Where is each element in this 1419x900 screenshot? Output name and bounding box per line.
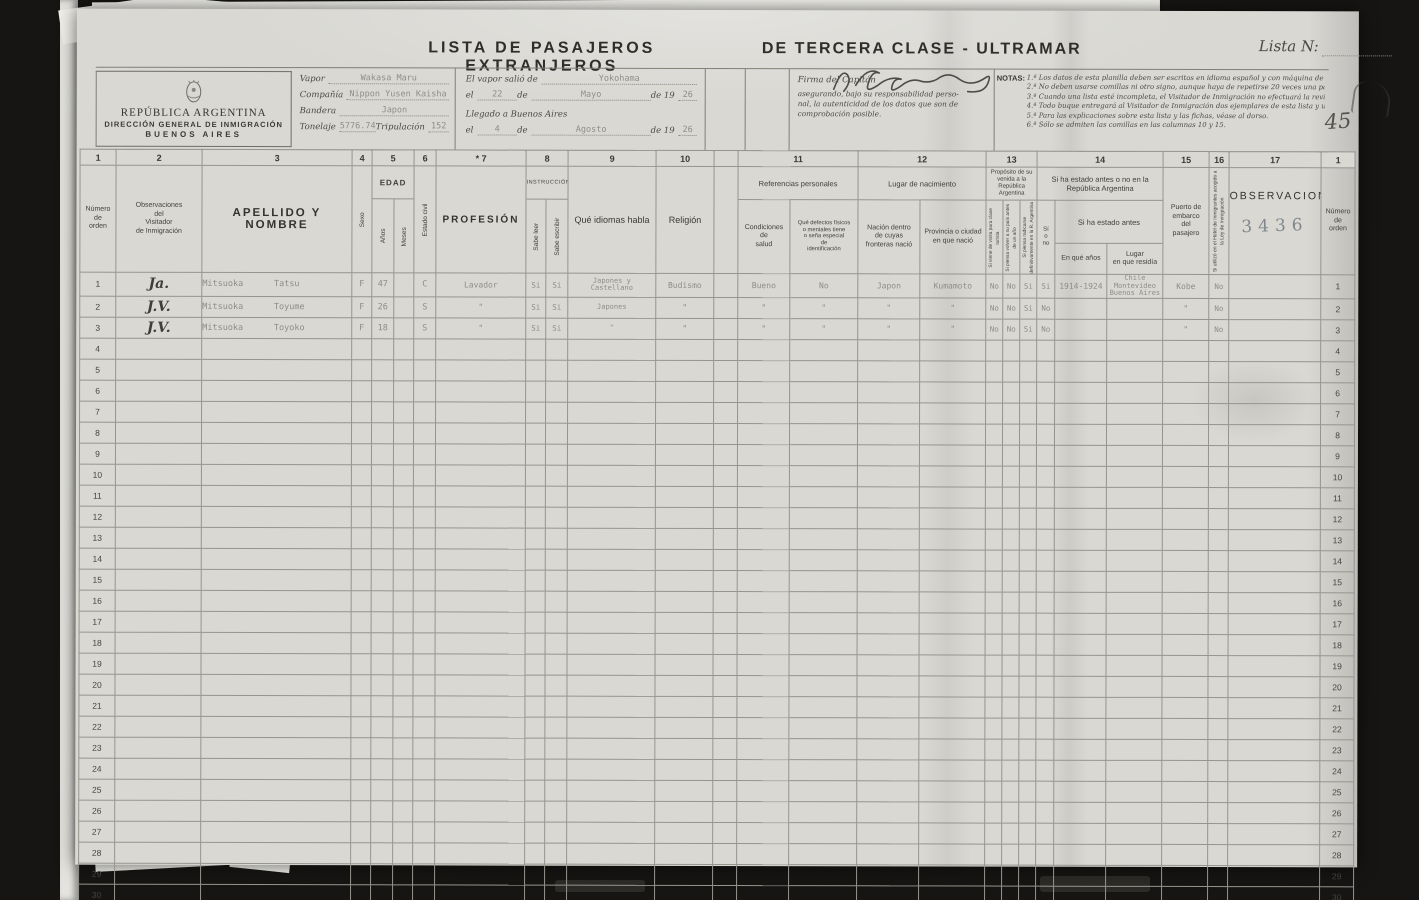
col-number-blank: [714, 150, 738, 166]
col-number: 8: [526, 150, 568, 166]
cell-gap: [714, 297, 738, 318]
cell-religion: [655, 780, 713, 801]
table-row: 2222: [79, 716, 1354, 740]
header-blank-column: [714, 166, 738, 273]
cell-prop3: [1019, 508, 1036, 529]
cell-salud: ": [738, 297, 790, 318]
cell-defectos: ": [790, 318, 858, 339]
cell-religion: [655, 612, 713, 633]
cell-prop2: [1003, 403, 1020, 424]
org-city: BUENOS AIRES: [145, 129, 242, 138]
cell-obs: [1229, 319, 1321, 340]
cell-lee: [525, 864, 545, 885]
cell-obs: [1229, 424, 1321, 445]
cell-lee: [525, 570, 545, 591]
cell-meses: [393, 548, 413, 569]
cell-profesion: [435, 506, 525, 527]
cell-name: [201, 548, 351, 569]
cell-lee: [525, 717, 545, 738]
de19-label: de 19: [651, 126, 675, 136]
cell-sino: [1036, 634, 1054, 655]
cell-sexo: [351, 548, 371, 569]
row-number-left: 8: [79, 422, 115, 443]
cell-obs: [1228, 886, 1320, 900]
cell-religion: ": [656, 297, 714, 318]
row-number-left: 14: [79, 548, 115, 569]
cell-puerto: [1162, 487, 1208, 508]
cell-anos: [371, 758, 393, 779]
cell-obs: [1229, 361, 1321, 382]
cell-profesion: [435, 842, 525, 863]
cell-lugar: [1107, 340, 1163, 361]
cell-nacion: [857, 759, 919, 780]
cell-name: [201, 464, 351, 485]
cell-idiomas: [567, 612, 655, 633]
cell-puerto: [1162, 886, 1208, 900]
cell-profesion: [435, 800, 525, 821]
cell-prop1: [985, 592, 1002, 613]
cell-sexo: [351, 464, 371, 485]
cell-puerto: [1162, 718, 1208, 739]
row-number-right: 10: [1320, 466, 1354, 487]
vapor-label: Vapor: [300, 74, 325, 84]
row-number-left: 27: [79, 821, 115, 842]
cell-name: [201, 821, 351, 842]
row-number-right: 28: [1320, 844, 1354, 865]
cell-anos: [371, 737, 393, 758]
cell-escribe: [545, 654, 567, 675]
cell-mark: [115, 443, 201, 464]
cell-lee: [526, 402, 546, 423]
row-number-right: 22: [1320, 718, 1354, 739]
cell-religion: [656, 360, 714, 381]
cell-puerto: [1162, 697, 1208, 718]
cell-name: [201, 695, 351, 716]
cell-name: [201, 569, 351, 590]
cell-hotel: [1208, 718, 1228, 739]
cell-hotel: [1208, 508, 1228, 529]
cell-prop1: [986, 382, 1003, 403]
cell-hotel: [1208, 760, 1228, 781]
cell-anos: [371, 842, 393, 863]
cell-sexo: [351, 758, 371, 779]
cell-religion: [655, 591, 713, 612]
cell-en_anos: [1054, 655, 1106, 676]
col-number: 11: [738, 151, 858, 167]
cell-nacion: [857, 885, 919, 900]
row-number-left: 26: [79, 800, 115, 821]
table-row: 44: [80, 338, 1355, 362]
cell-mark: [115, 632, 201, 653]
bandera-label: Bandera: [300, 106, 336, 116]
cell-en_anos: [1054, 718, 1106, 739]
row-number-right: 20: [1320, 676, 1354, 697]
header-sabe-escribir: Sabe escribir: [546, 199, 568, 273]
header-prop-radicarse: Si piensa radicarse definitivamente en l…: [1020, 200, 1037, 274]
row-number-right: 21: [1320, 697, 1354, 718]
cell-gap: [713, 843, 737, 864]
cell-name: [201, 590, 351, 611]
cell-lugar: [1106, 508, 1162, 529]
de-label: de: [517, 126, 528, 136]
cell-nacion: Japon: [858, 274, 920, 298]
cell-nacion: [858, 339, 920, 360]
cell-mark: [116, 380, 202, 401]
cell-en_anos: [1054, 529, 1106, 550]
cell-idiomas: [567, 843, 655, 864]
cell-name: Mitsuoka Toyume: [202, 296, 352, 317]
cell-name: [201, 863, 351, 884]
table-row: 2J.V.Mitsuoka ToyumeF26S"SiSiJapones""""…: [80, 296, 1355, 320]
cell-idiomas: [568, 381, 656, 402]
cell-lee: [525, 465, 545, 486]
row-number-left: 5: [80, 359, 116, 380]
cell-sexo: F: [352, 317, 372, 338]
cell-religion: [655, 654, 713, 675]
cell-sino: [1036, 571, 1054, 592]
cell-estado: [414, 422, 436, 443]
cell-idiomas: [567, 528, 655, 549]
row-number-left: 17: [79, 611, 115, 632]
col-number: 2: [116, 149, 202, 165]
page-title-right: DE TERCERA CLASE - ULTRAMAR: [757, 40, 1087, 59]
cell-idiomas: [567, 780, 655, 801]
row-number-left: 19: [79, 653, 115, 674]
cell-profesion: [435, 884, 525, 900]
row-number-left: 16: [79, 590, 115, 611]
cell-provincia: [920, 360, 986, 381]
header-hotel-inmigrantes: Si utilizó en el Hotel de Inmigrantes ac…: [1209, 168, 1229, 275]
header-prop-visita: Si viene de visita para clase turista: [986, 200, 1003, 274]
cell-gap: [713, 738, 737, 759]
cell-sexo: [351, 569, 371, 590]
cell-estado: [413, 527, 435, 548]
cell-obs: [1228, 613, 1320, 634]
cell-defectos: [790, 423, 858, 444]
cell-anos: [371, 821, 393, 842]
table-row: 1616: [79, 590, 1354, 614]
cell-prop2: [1002, 571, 1019, 592]
cell-meses: [393, 779, 413, 800]
nota-item: 2.ª No deben usarse comillas ni otro sig…: [1027, 83, 1325, 93]
cell-provincia: [919, 591, 985, 612]
cell-provincia: [919, 885, 985, 900]
salio-de-field: El vapor salió de Yokohama: [466, 73, 697, 84]
cell-idiomas: [567, 801, 655, 822]
cell-religion: [655, 549, 713, 570]
cell-gap: [713, 549, 737, 570]
cell-name: [201, 485, 351, 506]
cell-prop3: [1019, 760, 1036, 781]
row-number-right: 1: [1321, 275, 1355, 299]
cell-lugar: [1106, 865, 1162, 886]
cell-name: [201, 632, 351, 653]
row-number-right: 15: [1320, 571, 1354, 592]
cell-name: [201, 443, 351, 464]
header-row-groups: Número de orden Observaciones del Visita…: [80, 165, 1355, 201]
cell-en_anos: [1054, 508, 1106, 529]
cell-sino: [1036, 718, 1054, 739]
salio-ano: 26: [679, 90, 697, 101]
cell-mark: J.V.: [116, 317, 202, 338]
ship-info-fields: Vapor Wakasa Maru Compañía Nippon Yusen …: [292, 68, 456, 150]
cell-sino: [1036, 592, 1054, 613]
cell-prop1: [986, 445, 1003, 466]
cell-salud: [738, 423, 790, 444]
header-sabe-leer: Sabe leer: [526, 199, 546, 273]
cell-anos: 18: [372, 317, 394, 338]
cell-idiomas: [568, 360, 656, 381]
cell-puerto: [1162, 571, 1208, 592]
cell-nacion: [857, 864, 919, 885]
cell-anos: [371, 443, 393, 464]
cell-gap: [713, 885, 737, 900]
cell-lugar: [1107, 361, 1163, 382]
cell-hotel: [1208, 466, 1228, 487]
cell-sexo: [351, 800, 371, 821]
cell-anos: [371, 485, 393, 506]
cell-hotel: [1208, 676, 1228, 697]
cell-prop3: [1019, 844, 1036, 865]
cell-provincia: ": [920, 318, 986, 339]
cell-nacion: [857, 738, 919, 759]
table-row: 2424: [79, 758, 1354, 782]
cell-lugar: [1106, 760, 1162, 781]
cell-sino: [1037, 445, 1055, 466]
cell-anos: [371, 569, 393, 590]
cell-sino: [1037, 424, 1055, 445]
cell-name: [201, 842, 351, 863]
row-number-right: 14: [1320, 550, 1354, 571]
cell-prop2: [1002, 613, 1019, 634]
cell-prop2: [1002, 697, 1019, 718]
cell-anos: [371, 674, 393, 695]
cell-sino: [1036, 844, 1054, 865]
cell-name: [201, 506, 351, 527]
cell-prop3: [1019, 550, 1036, 571]
header-apellido-nombre: APELLIDO Y NOMBRE: [202, 165, 352, 272]
cell-puerto: [1162, 655, 1208, 676]
cell-escribe: [545, 465, 567, 486]
cell-prop3: [1019, 487, 1036, 508]
cell-salud: [738, 339, 790, 360]
cell-prop2: [1003, 361, 1020, 382]
cell-obs: [1228, 592, 1320, 613]
cell-gap: [713, 528, 737, 549]
cell-hotel: [1208, 613, 1228, 634]
header-puerto-embarco: Puerto de embarco del pasajero: [1163, 167, 1209, 274]
cell-prop3: [1019, 823, 1036, 844]
cell-sexo: [351, 632, 371, 653]
row-number-left: 13: [79, 527, 115, 548]
cell-sexo: [352, 401, 372, 422]
cell-nacion: [857, 591, 919, 612]
salio-dia: 22: [477, 89, 517, 100]
cell-meses: [394, 338, 414, 359]
cell-obs: [1228, 487, 1320, 508]
cell-lee: [525, 696, 545, 717]
cell-puerto: [1162, 781, 1208, 802]
cell-idiomas: [567, 591, 655, 612]
tripulacion-label: Tripulación: [376, 122, 425, 132]
cell-anos: [371, 653, 393, 674]
cell-obs: [1228, 571, 1320, 592]
cell-obs: [1228, 760, 1320, 781]
cell-name: Mitsuoka Toyoko: [202, 317, 352, 338]
cell-lugar: [1107, 298, 1163, 319]
issuing-office-box: REPÚBLICA ARGENTINA DIRECCIÓN GENERAL DE…: [96, 71, 292, 147]
cell-sino: [1037, 361, 1055, 382]
row-number-left: 2: [80, 296, 116, 317]
cell-nacion: [858, 423, 920, 444]
header-sexo: Sexo: [352, 166, 372, 273]
row-number-left: 28: [79, 842, 115, 863]
cell-prop2: [1002, 844, 1019, 865]
cell-religion: [655, 759, 713, 780]
table-row: 2020: [79, 674, 1354, 698]
cell-lugar: [1106, 529, 1162, 550]
cell-anos: [371, 695, 393, 716]
llegado-label: Llegado a Buenos Aires: [466, 109, 568, 119]
row-number-left: 12: [79, 506, 115, 527]
cell-gap: [713, 654, 737, 675]
cell-prop1: [986, 424, 1003, 445]
cell-sino: [1036, 739, 1054, 760]
cell-prop1: [985, 823, 1002, 844]
cell-estado: [413, 485, 435, 506]
cell-nacion: [857, 444, 919, 465]
cell-anos: [371, 590, 393, 611]
tonelaje-field: Tonelaje 5776.74 Tripulación 152: [300, 121, 449, 132]
cell-profesion: [435, 632, 525, 653]
cell-lee: [525, 780, 545, 801]
cell-provincia: [919, 528, 985, 549]
cell-nacion: [857, 780, 919, 801]
cell-provincia: Kumamoto: [920, 274, 986, 298]
cell-sino: [1036, 487, 1054, 508]
cell-obs: [1229, 275, 1321, 299]
row-number-left: 15: [79, 569, 115, 590]
cell-escribe: [545, 444, 567, 465]
cell-meses: [394, 273, 414, 297]
cell-sexo: [351, 674, 371, 695]
cell-estado: [414, 359, 436, 380]
cell-obs: [1229, 382, 1321, 403]
cell-mark: [115, 779, 201, 800]
cell-gap: [713, 675, 737, 696]
cell-prop1: [985, 739, 1002, 760]
el-label: el: [466, 125, 474, 135]
table-row: 2828: [79, 842, 1354, 866]
header-condiciones-salud: Condiciones de salud: [738, 200, 790, 274]
cell-religion: [655, 885, 713, 900]
col-number: 12: [858, 151, 986, 167]
cell-escribe: [545, 528, 567, 549]
cell-nacion: [857, 570, 919, 591]
cell-prop3: [1019, 655, 1036, 676]
cell-puerto: [1162, 802, 1208, 823]
cell-provincia: [919, 843, 985, 864]
cell-nacion: [857, 465, 919, 486]
cell-nacion: [857, 675, 919, 696]
cell-sexo: F: [352, 273, 372, 297]
row-number-left: 3: [80, 317, 116, 338]
tonelaje-value: 5776.74: [340, 121, 376, 132]
header-proposito-venida: Propósito de su venida a la República Ar…: [986, 167, 1037, 200]
cell-mark: [115, 863, 201, 884]
llegado-field: Llegado a Buenos Aires: [466, 109, 697, 119]
llegado-dia: 4: [477, 124, 517, 135]
cell-meses: [393, 758, 413, 779]
cell-profesion: [436, 338, 526, 359]
col-number: 1: [1321, 152, 1355, 168]
row-number-right: 25: [1320, 781, 1354, 802]
cell-religion: [655, 507, 713, 528]
cell-meses: [393, 653, 413, 674]
row-number-left: 23: [79, 737, 115, 758]
cell-mark: [115, 821, 201, 842]
cell-sino: [1036, 550, 1054, 571]
cell-provincia: ": [920, 297, 986, 318]
table-row: 3J.V.Mitsuoka ToyokoF18S"SiSi""""""NoNoS…: [80, 317, 1355, 341]
cell-estado: [413, 590, 435, 611]
cell-sino: [1037, 403, 1055, 424]
cell-lugar: [1106, 844, 1162, 865]
cell-salud: [738, 360, 790, 381]
cell-salud: [737, 864, 789, 885]
row-number-right: 9: [1321, 445, 1355, 466]
cell-obs: [1228, 466, 1320, 487]
cell-mark: [115, 653, 201, 674]
table-row: 2727: [79, 821, 1354, 845]
cell-gap: [713, 801, 737, 822]
cell-prop2: [1002, 760, 1019, 781]
cell-prop3: [1019, 466, 1036, 487]
cell-idiomas: Japones: [568, 297, 656, 318]
cell-prop3: [1019, 676, 1036, 697]
cell-anos: [371, 548, 393, 569]
salio-fecha-field: el 22 de Mayo de 19 26: [466, 89, 697, 100]
col-number: 3: [202, 149, 352, 165]
cell-prop1: [985, 697, 1002, 718]
cell-defectos: [789, 591, 857, 612]
cell-salud: [737, 591, 789, 612]
cell-lee: [525, 885, 545, 900]
cell-prop3: [1019, 802, 1036, 823]
cell-provincia: [919, 570, 985, 591]
cell-prop1: [985, 844, 1002, 865]
cell-mark: Ja.: [116, 272, 202, 296]
cell-obs: [1228, 844, 1320, 865]
cell-religion: [655, 864, 713, 885]
cell-lee: Si: [526, 318, 546, 339]
notas-label: NOTAS:: [997, 74, 1025, 83]
cell-nacion: [857, 633, 919, 654]
cell-en_anos: [1054, 697, 1106, 718]
row-number-right: 17: [1320, 613, 1354, 634]
cell-idiomas: [567, 759, 655, 780]
cell-meses: [394, 380, 414, 401]
cell-profesion: [435, 821, 525, 842]
cell-idiomas: [567, 444, 655, 465]
cell-prop1: [985, 529, 1002, 550]
cell-hotel: [1209, 445, 1229, 466]
cell-name: [201, 716, 351, 737]
cell-estado: [413, 821, 435, 842]
cell-meses: [393, 884, 413, 900]
cell-defectos: [789, 549, 857, 570]
cell-sino: [1037, 382, 1055, 403]
